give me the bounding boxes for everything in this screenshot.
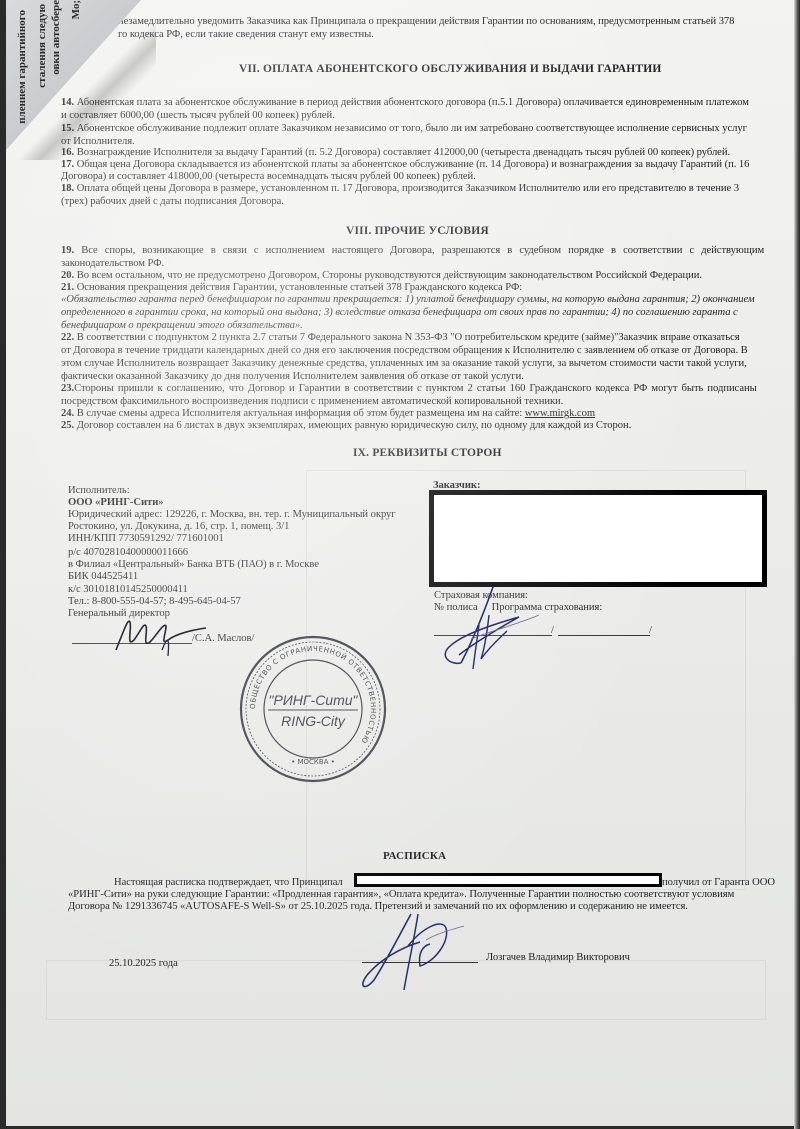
clause-18-cont: (трех) рабочих дней с даты подписания До… xyxy=(61,195,284,208)
clause-22: 22. В соответствии с подпунктом 2 пункта… xyxy=(61,331,740,344)
clause-15: 15. Абонентское обслуживание подлежит оп… xyxy=(61,122,747,135)
clause-14: 14. Абонентская плата за абонентское обс… xyxy=(61,96,749,109)
fold-text-4: пленнем гарантийного xyxy=(16,10,28,124)
customer-redaction xyxy=(429,490,767,587)
fold-text-2: овки автосбере xyxy=(50,0,62,75)
slash: / xyxy=(649,624,652,637)
policy-number-line xyxy=(434,635,552,636)
clause-19: 19. Все споры, возникающие в связи с исп… xyxy=(61,244,764,257)
fold-text-3: сталения следую xyxy=(36,4,48,88)
executor-bik: БИК 044525411 xyxy=(68,570,138,583)
stamp-name-en: RING-City xyxy=(281,713,346,729)
document-page: незамедлительно уведомить Заказчика как … xyxy=(6,0,800,1126)
website-link[interactable]: www.mirgk.com xyxy=(525,408,595,419)
program-line xyxy=(558,635,650,636)
principal-redaction xyxy=(354,873,662,887)
slash: / xyxy=(551,624,554,637)
executor-inn: ИНН/КПП 7730591292/ 771601001 xyxy=(68,532,224,545)
page-edge-shadow xyxy=(794,0,800,1129)
intro-line-2: го кодекса РФ, если такие сведения стану… xyxy=(118,28,374,41)
clause-18: 18. Оплата общей цены Договора в размере… xyxy=(61,182,739,195)
section-7-title: VII. ОПЛАТА АБОНЕНТСКОГО ОБСЛУЖИВАНИЯ И … xyxy=(239,63,662,75)
company-stamp: ОБЩЕСТВО С ОГРАНИЧЕННОЙ ОТВЕТСТВЕННОСТЬЮ… xyxy=(238,634,388,784)
clause-21-quote-2: определенного в гарантии срока, на котор… xyxy=(61,306,738,319)
executor-signature-line xyxy=(72,643,192,644)
policy-label: № полисаПрограмма страхования: xyxy=(434,601,602,614)
clause-25: 25. Договор составлен на 6 листах в двух… xyxy=(61,419,631,432)
clause-22-cont-1: от Договора в течение тридцати календарн… xyxy=(61,344,748,357)
stamp-city: • МОСКВА • xyxy=(291,758,335,766)
receipt-date: 25.10.2025 года xyxy=(109,957,178,970)
executor-position: Генеральный директор xyxy=(68,607,170,620)
stamp-name-ru: "РИНГ-Сити" xyxy=(268,692,358,708)
intro-line-1: незамедлительно уведомить Заказчика как … xyxy=(118,15,734,28)
receipt-signature-line xyxy=(362,962,478,963)
receipt-signer: Лозгачев Владимир Викторович xyxy=(486,951,630,964)
section-8-title: VIII. ПРОЧИЕ УСЛОВИЯ xyxy=(346,225,489,237)
clause-22-cont-2: этом случае Исполнитель возвращает Заказ… xyxy=(61,357,747,370)
receipt-title: РАСПИСКА xyxy=(383,850,446,862)
section-9-title: IX. РЕКВИЗИТЫ СТОРОН xyxy=(353,447,502,459)
receipt-line-3: Договора № 1291336745 «AUTOSAFE-S Well-S… xyxy=(68,900,688,913)
fold-text-1: Мо; xyxy=(70,0,82,19)
clause-21-quote-1: «Обязательство гаранта перед бенефициаро… xyxy=(61,293,755,306)
clause-23: 23.Стороны пришли к соглашению, что Дого… xyxy=(61,382,757,395)
